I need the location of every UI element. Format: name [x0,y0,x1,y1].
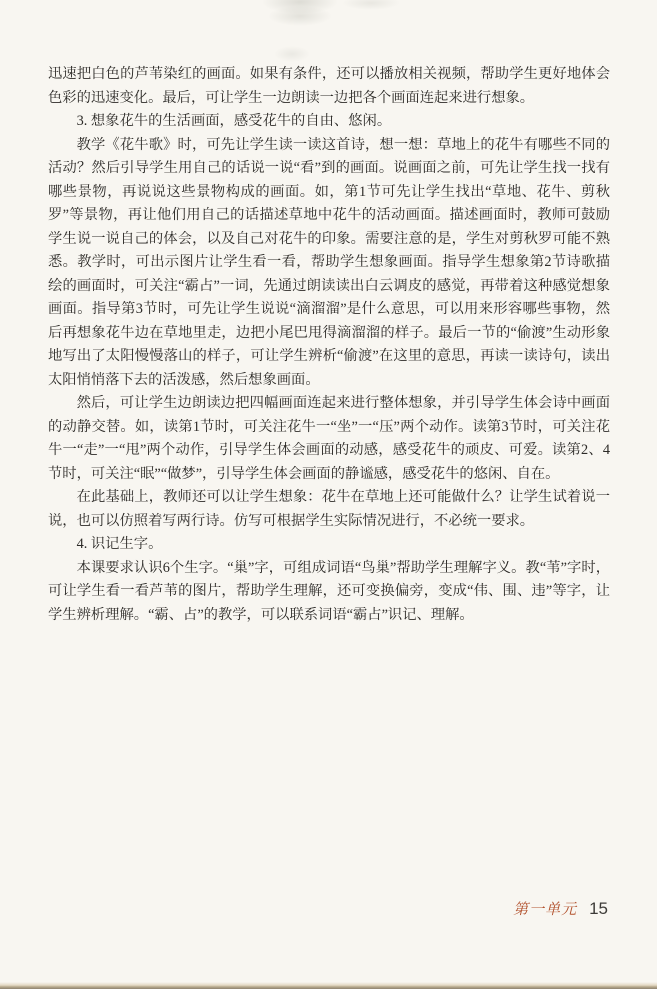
paragraph-list-item-4: 4. 识记生字。 [48,533,610,557]
scan-smudge [342,0,400,10]
scan-smudge [262,0,338,14]
paragraph-list-item-3: 3. 想象花牛的生活画面，感受花牛的自由、悠闲。 [48,110,610,134]
scan-smudge [274,46,310,62]
page-bottom-edge-shadow [0,982,657,989]
book-page: 迅速把白色的芦苇染红的画面。如果有条件，还可以播放相关视频，帮助学生更好地体会色… [0,0,657,989]
page-body-text: 迅速把白色的芦苇染红的画面。如果有条件，还可以播放相关视频，帮助学生更好地体会色… [48,63,610,627]
page-footer: 第一单元 15 [513,898,608,919]
footer-page-number: 15 [589,899,608,919]
scan-smudge [268,6,332,26]
paragraph: 本课要求认识6个生字。“巢”字，可组成词语“鸟巢”帮助学生理解字义。教“苇”字时… [48,557,610,628]
paragraph: 在此基础上，教师还可以让学生想象：花牛在草地上还可能做什么？让学生试着说一说，也… [48,486,610,533]
paragraph-continued: 迅速把白色的芦苇染红的画面。如果有条件，还可以播放相关视频，帮助学生更好地体会色… [48,63,610,110]
paragraph: 教学《花牛歌》时，可先让学生读一读这首诗，想一想：草地上的花牛有哪些不同的活动？… [48,134,610,393]
footer-section-label: 第一单元 [513,898,577,919]
paragraph: 然后，可让学生边朗读边把四幅画面连起来进行整体想象，并引导学生体会诗中画面的动静… [48,392,610,486]
